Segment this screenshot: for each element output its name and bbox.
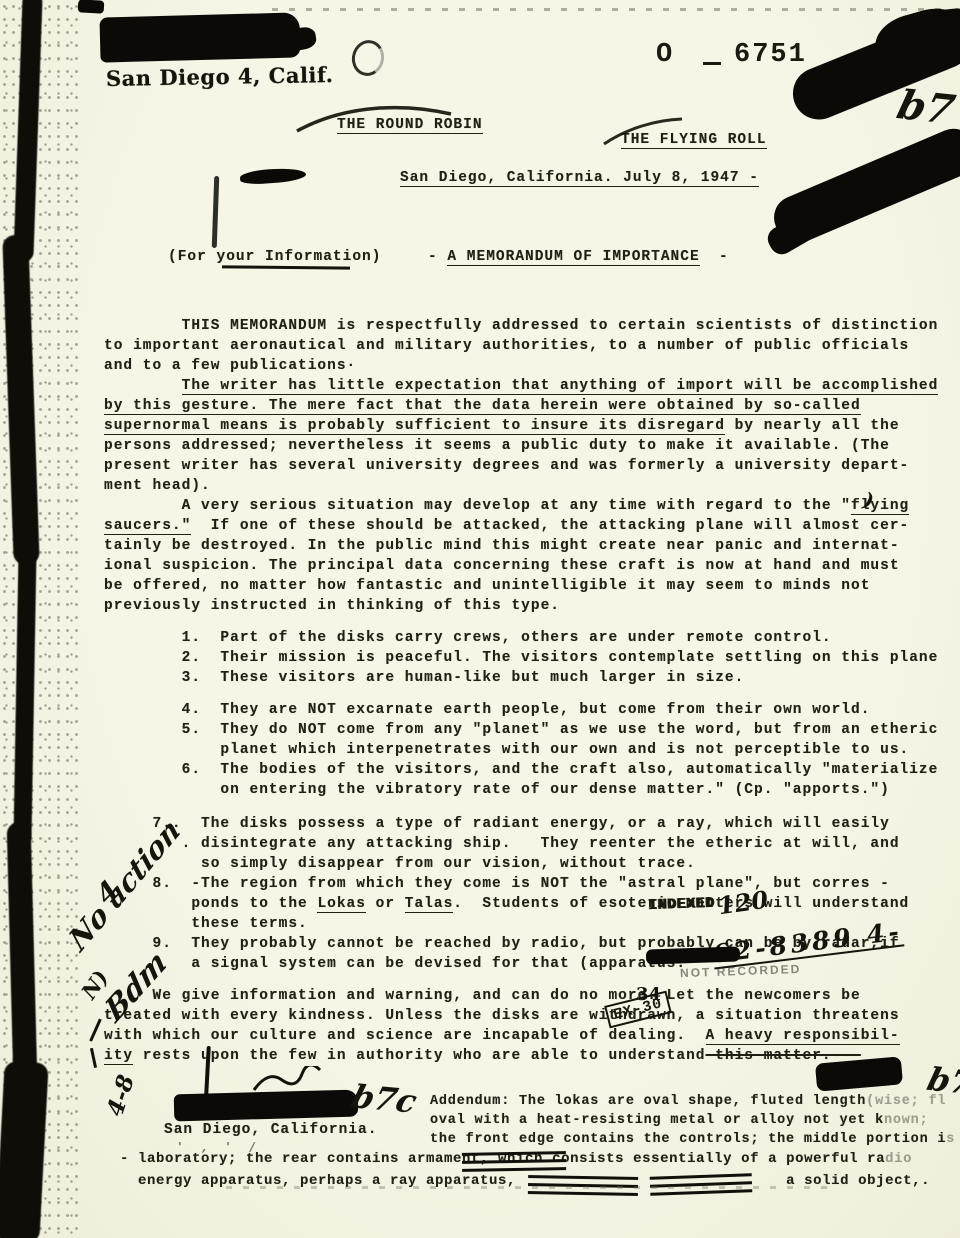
handwritten-b7-top: b7	[892, 82, 959, 134]
pen-flourish-round-robin	[293, 97, 458, 137]
closing-paragraph: We give information and warning, and can…	[104, 986, 900, 1066]
scan-dotted-line-bottom	[226, 1186, 830, 1189]
serial-o: O	[656, 40, 672, 70]
handwritten-4-8: 4-8	[102, 1072, 141, 1120]
paragraph-3: A very serious situation may develop at …	[104, 496, 909, 616]
scan-corner-mark	[78, 0, 105, 14]
pen-tick	[90, 1048, 97, 1068]
pen-scribble	[650, 1173, 753, 1196]
pen-scribble	[462, 1151, 566, 1172]
indexed-stamp: INDEXED	[648, 895, 715, 914]
serial-underscore-mark	[703, 62, 721, 65]
scan-dotted-line-top	[272, 8, 944, 11]
memo-heading: - A MEMORANDUM OF IMPORTANCE -	[428, 247, 729, 267]
scan-corner-mark	[917, 8, 960, 39]
circle-stamp-o	[349, 37, 388, 79]
paragraph-2: The writer has little expectation that a…	[104, 376, 938, 496]
serial-number: 6751	[734, 40, 807, 70]
handwritten-b7-right: b7	[923, 1060, 960, 1102]
addendum-block: Addendum: The lokas are oval shape, flut…	[430, 1092, 960, 1149]
ink-blob	[240, 167, 307, 186]
not-recorded-stamp: NOT RECORDED	[680, 962, 802, 980]
redaction-bar-bottom-right	[815, 1056, 903, 1091]
redaction-bar-return-address	[99, 12, 300, 62]
numbered-list-4-6: 4. They are NOT excarnate earth people, …	[104, 700, 938, 800]
handwritten-b7c: b7c	[347, 1078, 421, 1121]
return-city-text: San Diego 4, Calif.	[106, 62, 334, 91]
pen-flourish-flying-roll	[600, 116, 686, 148]
scanned-memo-page: San Diego 4, Calif. O 6751 b7 THE ROUND …	[0, 0, 960, 1238]
numbered-list-1-3: 1. Part of the disks carry crews, others…	[104, 628, 938, 688]
pen-underline-for-info	[222, 265, 350, 269]
bottom-city: San Diego, California.	[164, 1120, 377, 1140]
paragraph-1: THIS MEMORANDUM is respectfully addresse…	[104, 316, 938, 376]
dateline: San Diego, California. July 8, 1947 -	[400, 168, 759, 188]
redaction-bar-bottom	[174, 1090, 359, 1122]
ink-smudge-vertical	[212, 176, 220, 248]
for-information-label: (For your Information)	[168, 247, 381, 267]
pen-tick	[89, 1019, 101, 1042]
